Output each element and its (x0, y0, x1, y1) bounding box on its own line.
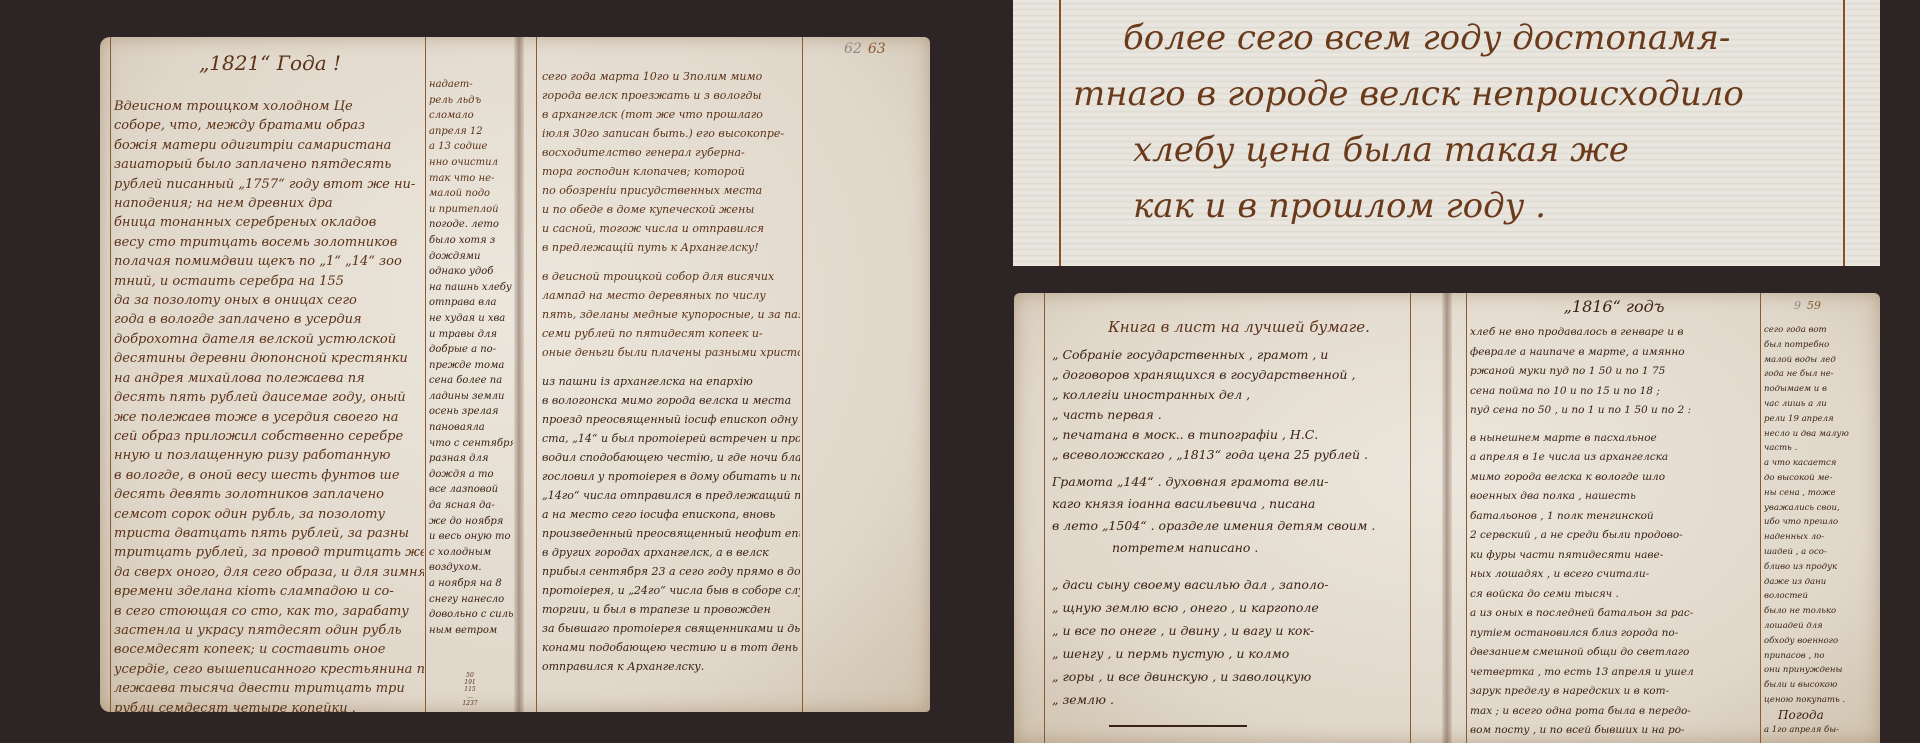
body-text: хлеб не вно продавалось в генваре и в фе… (1470, 323, 1758, 741)
book-gutter (1442, 293, 1452, 743)
quoted-closing: „ даси сыну своему василью дал , заполо-… (1052, 573, 1408, 711)
right-page: 959 „1816“ годъ хлеб не вно продавалось … (1454, 293, 1880, 743)
detail-text: более сего всем году достопамя- тнаго в … (1073, 10, 1833, 234)
page-heading: „1816“ годъ (1534, 297, 1694, 316)
book-gutter (514, 37, 524, 712)
page-heading: Книга в лист на лучшей бумаге. (1074, 318, 1404, 336)
end-rule (1109, 725, 1247, 727)
body-text: Вдеисном троицком холодном Це соборе, чт… (114, 97, 424, 712)
folio-number: 6263 (844, 41, 886, 57)
right-page: 6263 сего года марта 10го и Зполим мимо … (524, 37, 930, 712)
body-text: Грамота „144“ . духовная грамота вели- к… (1052, 471, 1408, 559)
folio-number: 959 (1794, 299, 1821, 312)
page-heading: „1821“ Года ! (160, 51, 380, 75)
margin-notes: надает- рель льдъ сломало апреля 12 а 13… (429, 77, 513, 638)
manuscript-spread-1816: Книга в лист на лучшей бумаге. „ Собрані… (1014, 293, 1880, 743)
margin-notes: сего года вот был потребно малой воды ле… (1764, 323, 1876, 737)
manuscript-spread-1821: „1821“ Года ! Вдеисном троицком холодном… (100, 37, 930, 712)
tally-column: 50 191 115 ... 1237 (455, 672, 485, 707)
citation-lines: „ Собраніе государственных , грамот , и … (1052, 345, 1408, 465)
left-page: „1821“ Года ! Вдеисном троицком холодном… (100, 37, 518, 712)
manuscript-detail-crop: более сего всем году достопамя- тнаго в … (1013, 0, 1880, 266)
body-text: сего года марта 10го и Зполим мимо город… (542, 67, 800, 676)
left-page: Книга в лист на лучшей бумаге. „ Собрані… (1014, 293, 1444, 743)
